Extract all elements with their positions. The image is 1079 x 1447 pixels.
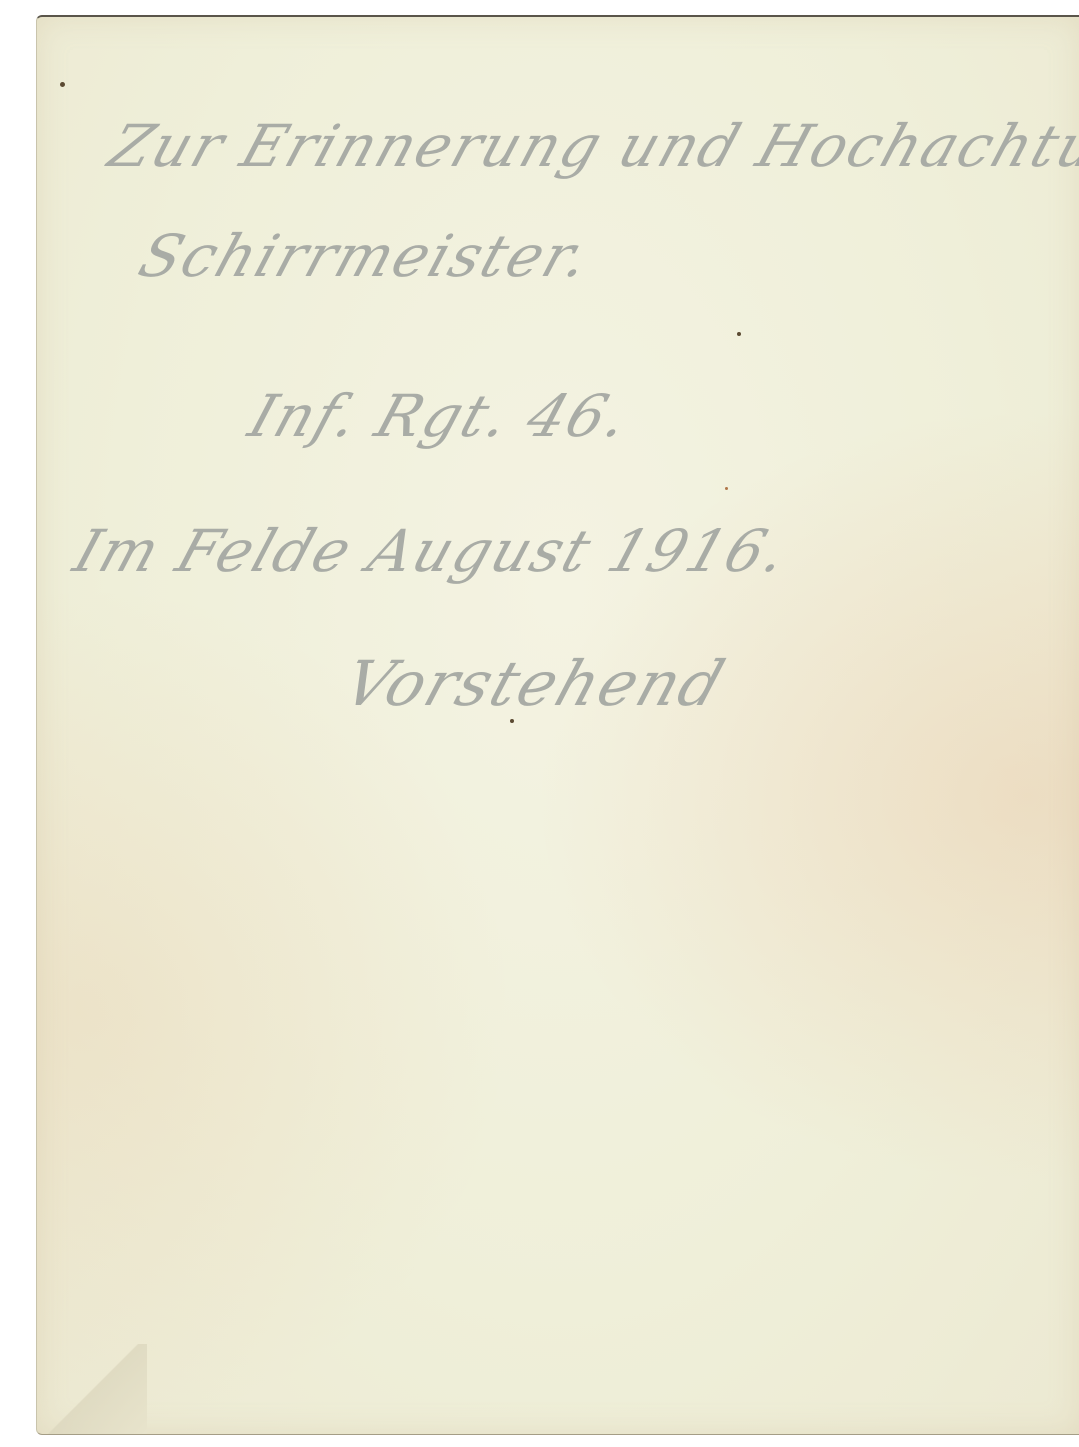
ink-speck xyxy=(737,332,741,336)
folded-corner xyxy=(37,1344,147,1434)
handwriting-line-3: Inf. Rgt. 46. xyxy=(241,382,639,450)
signature: Vorstehend xyxy=(335,647,734,720)
handwriting-line-4: Im Felde August 1916. xyxy=(66,517,798,585)
photo-card-back: Zur Erinnerung und Hochachtung Schirrmei… xyxy=(36,15,1079,1435)
handwriting-line-2: Schirrmeister. xyxy=(131,222,600,290)
ink-speck xyxy=(60,82,65,87)
ink-speck xyxy=(725,487,728,490)
handwriting-line-1: Zur Erinnerung und Hochachtung xyxy=(101,112,1079,180)
